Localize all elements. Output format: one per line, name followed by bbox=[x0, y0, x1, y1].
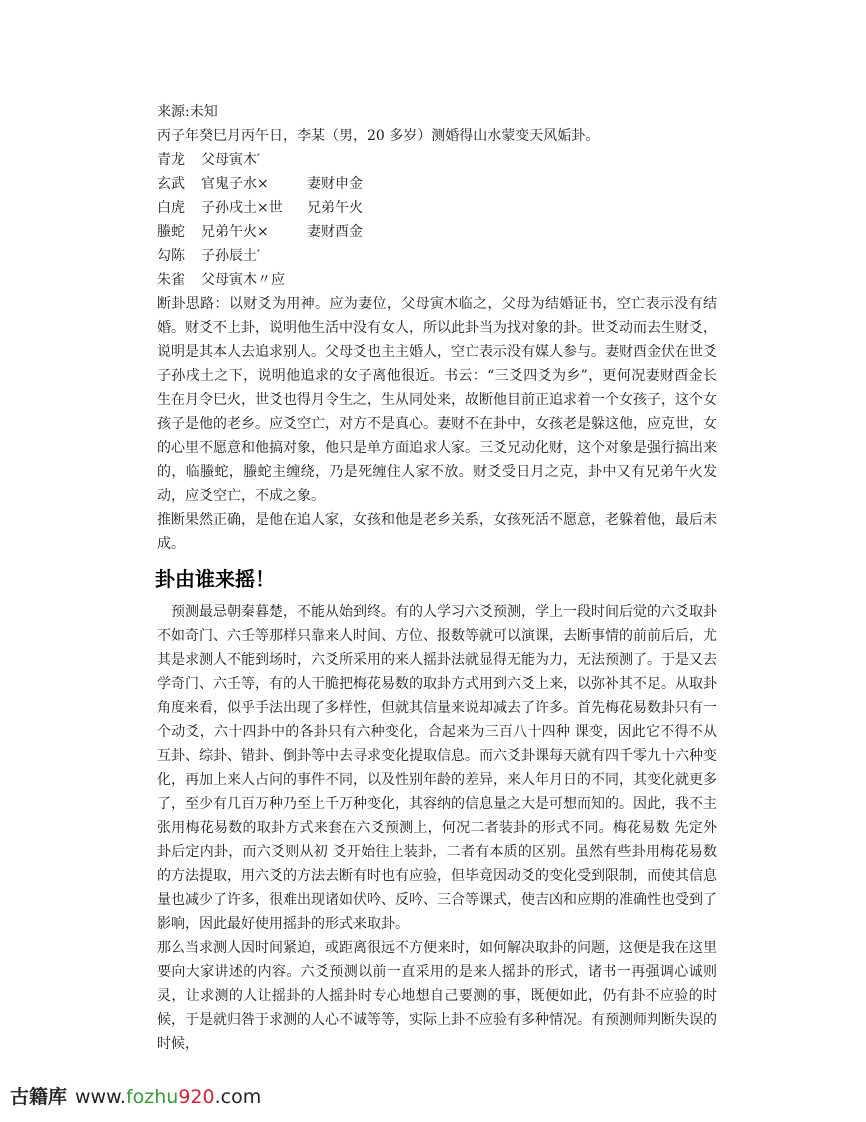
six-god: 青龙 bbox=[157, 148, 201, 172]
hexagram-line: 玄武 官鬼子水× 妻财申金 bbox=[157, 172, 717, 196]
yao-hidden: 兄弟午火 bbox=[307, 196, 363, 220]
hexagram-table: 青龙 父母寅木′ 玄武 官鬼子水× 妻财申金 白虎 子孙戌土×世 兄弟午火 螣蛇… bbox=[157, 148, 717, 292]
yao-hidden: 妻财申金 bbox=[307, 172, 363, 196]
watermark-url-red: 920 bbox=[178, 1086, 214, 1108]
yao-main: 兄弟午火× bbox=[201, 220, 307, 244]
watermark-url-green: fozhu bbox=[126, 1086, 178, 1108]
analysis-paragraph: 断卦思路：以财爻为用神。应为妻位，父母寅木临之，父母为结婚证书，空亡表示没有结婚… bbox=[157, 292, 717, 508]
yao-main: 子孙戌土×世 bbox=[201, 196, 307, 220]
hexagram-line: 青龙 父母寅木′ bbox=[157, 148, 717, 172]
watermark-url-suffix: .com bbox=[215, 1086, 262, 1108]
conclusion-paragraph: 推断果然正确，是他在追人家，女孩和他是老乡关系，女孩死活不愿意，老躲着他，最后未… bbox=[157, 508, 717, 556]
section-paragraph-2: 那么当求测人因时间紧迫，或距离很远不方便来时，如何解决取卦的问题，这便是我在这里… bbox=[157, 936, 717, 1056]
section-heading: 卦由谁来摇！ bbox=[155, 566, 717, 592]
section-paragraph-1: 预测最忌朝秦暮楚，不能从始到终。有的人学习六爻预测，学上一段时间后觉的六爻取卦不… bbox=[157, 600, 717, 936]
yao-main: 父母寅木′ bbox=[201, 148, 307, 172]
yao-main: 父母寅木〃应 bbox=[201, 268, 307, 292]
hexagram-line: 朱雀 父母寅木〃应 bbox=[157, 268, 717, 292]
six-god: 白虎 bbox=[157, 196, 201, 220]
six-god: 朱雀 bbox=[157, 268, 201, 292]
yao-main: 子孙辰土′ bbox=[201, 244, 307, 268]
six-god: 勾陈 bbox=[157, 244, 201, 268]
yao-hidden: 妻财酉金 bbox=[307, 220, 363, 244]
six-god: 玄武 bbox=[157, 172, 201, 196]
yao-main: 官鬼子水× bbox=[201, 172, 307, 196]
watermark-brand: 古籍库 bbox=[10, 1086, 67, 1108]
hexagram-line: 勾陈 子孙辰土′ bbox=[157, 244, 717, 268]
document-page: 来源:未知 丙子年癸巳月丙午日，李某（男，20 多岁）测婚得山水蒙变天风姤卦。 … bbox=[157, 100, 717, 1056]
watermark-url-prefix: www. bbox=[75, 1086, 126, 1108]
intro-line: 丙子年癸巳月丙午日，李某（男，20 多岁）测婚得山水蒙变天风姤卦。 bbox=[157, 124, 717, 148]
hexagram-line: 螣蛇 兄弟午火× 妻财酉金 bbox=[157, 220, 717, 244]
watermark-footer: 古籍库www.fozhu920.com bbox=[10, 1084, 261, 1110]
hexagram-line: 白虎 子孙戌土×世 兄弟午火 bbox=[157, 196, 717, 220]
six-god: 螣蛇 bbox=[157, 220, 201, 244]
source-line: 来源:未知 bbox=[157, 100, 717, 124]
